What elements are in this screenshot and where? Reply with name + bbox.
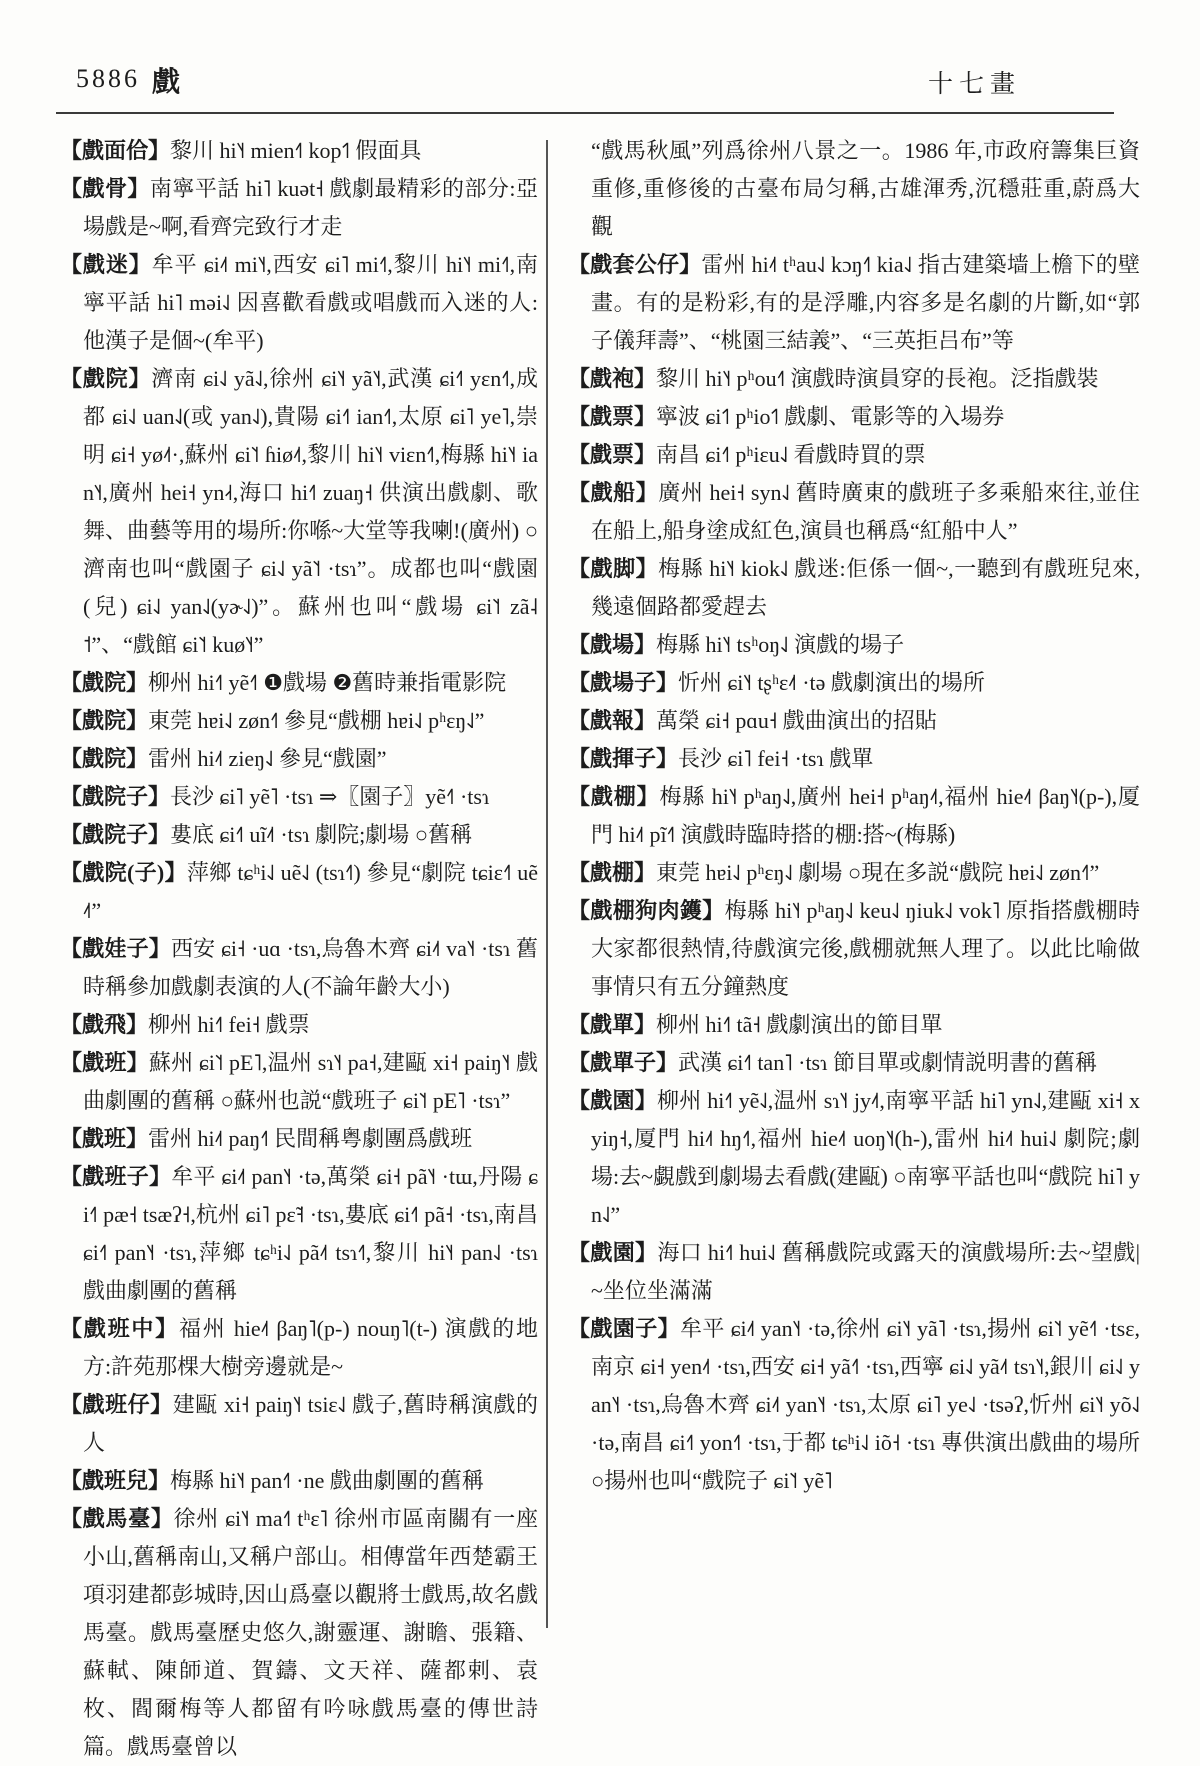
entry-body: 柳州 hi˧˥ yẽ˨˩,温州 sɿ˥˧ jy˨˦,南寧平話 hi˥ yn˨˩,… — [591, 1088, 1140, 1227]
entry-body: 牟平 ɕi˨˦ mi˥˧,西安 ɕi˥ mi˧˥,黎川 hi˥˧ mi˧˥,南寧… — [83, 252, 538, 353]
entry-body: 梅縣 hi˥˧ pʰaŋ˨˩,廣州 hei˧ pʰaŋ˨˦,福州 hie˨˦ β… — [591, 784, 1140, 847]
dictionary-entry: 【戲馬臺】徐州 ɕi˥˧ ma˧˥ tʰɛ˥ 徐州市區南關有一座小山,舊稱南山,… — [60, 1500, 538, 1766]
dictionary-entry: 【戲班兒】梅縣 hi˥˧ pan˧˥ ·ne 戲曲劇團的舊稱 — [60, 1462, 538, 1500]
dictionary-entry: 【戲院】東莞 hɐi˨˩ zøn˧˥ 參見“戲棚 hɐi˨˩ pʰɛŋ˨˩” — [60, 702, 538, 740]
entry-headword: 【戲班】 — [60, 1050, 149, 1075]
dictionary-entry: 【戲棚】梅縣 hi˥˧ pʰaŋ˨˩,廣州 hei˧ pʰaŋ˨˦,福州 hie… — [568, 778, 1140, 854]
entry-headword: 【戲套公仔】 — [568, 252, 701, 277]
entry-headword: 【戲骨】 — [60, 176, 150, 201]
entry-headword: 【戲場子】 — [568, 670, 678, 695]
entry-headword: 【戲棚】 — [568, 784, 660, 809]
entry-headword: 【戲院】 — [60, 366, 151, 391]
dictionary-entry: 【戲班仔】建甌 xi˧ paiŋ˥˧ tsiɛ˨˩ 戲子,舊時稱演戲的人 — [60, 1386, 538, 1462]
entry-headword: 【戲娃子】 — [60, 936, 171, 961]
dictionary-entry: 【戲套公仔】雷州 hi˨˦ tʰau˨˩ kɔŋ˧˥ kia˨˩ 指古建築墙上檐… — [568, 246, 1140, 360]
dictionary-entry: 【戲園】柳州 hi˧˥ yẽ˨˩,温州 sɿ˥˧ jy˨˦,南寧平話 hi˥ y… — [568, 1082, 1140, 1234]
entry-headword: 【戲班兒】 — [60, 1468, 170, 1493]
entry-body: 梅縣 hi˥˧ kiok˨˩ 戲迷:佢係一個~,一聽到有戲班兒來,幾遠個路都愛趕… — [591, 556, 1140, 619]
dictionary-entry: 【戲院子】長沙 ɕi˥ yẽ˥ ·tsɿ ⇒〖園子〗yẽ˧˥ ·tsɿ — [60, 778, 538, 816]
dictionary-entry: 【戲骨】南寧平話 hi˥ kuət˧ 戲劇最精彩的部分:亞場戲是~啊,看齊完致行… — [60, 170, 538, 246]
dictionary-entry: 【戲船】廣州 hei˧ syn˨˩ 舊時廣東的戲班子多乘船來往,並住在船上,船身… — [568, 474, 1140, 550]
dictionary-entry: 【戲票】寧波 ɕi˦˥ pʰio˦˥ 戲劇、電影等的入場券 — [568, 398, 1140, 436]
dictionary-entry: 【戲班子】牟平 ɕi˨˦ pan˥˧ ·tə,萬榮 ɕi˧ pã˥˧ ·tɯ,丹… — [60, 1158, 538, 1310]
dictionary-entry: 【戲院(子)】萍鄉 tɕʰi˨˩ uẽ˨˩ (tsɿ˧˥) 參見“劇院 tɕiɛ… — [60, 854, 538, 930]
entry-body: 濟南 ɕi˨˩ yã˨˩,徐州 ɕi˥˧ yã˥˧,武漢 ɕi˧˥ yɛn˧˥,… — [83, 366, 538, 657]
entry-body: 海口 hi˧˥ hui˨˩ 舊稱戲院或露天的演戲場所:去~望戲|~坐位坐滿滿 — [591, 1240, 1140, 1303]
entry-headword: 【戲票】 — [568, 404, 656, 429]
entry-headword: 【戲報】 — [568, 708, 656, 733]
dictionary-entry: 【戲票】南昌 ɕi˧˥ pʰiɛu˨˩ 看戲時買的票 — [568, 436, 1140, 474]
entry-body: 東莞 hɐi˨˩ zøn˧˥ 參見“戲棚 hɐi˨˩ pʰɛŋ˨˩” — [148, 708, 484, 733]
entry-body: 蘇州 ɕi˥˦ pE˥,温州 sɿ˥˧ pa˧,建甌 xi˧ paiŋ˥˧ 戲曲… — [83, 1050, 538, 1113]
dictionary-entry: 【戲院】濟南 ɕi˨˩ yã˨˩,徐州 ɕi˥˧ yã˥˧,武漢 ɕi˧˥ yɛ… — [60, 360, 538, 664]
entry-headword: 【戲院子】 — [60, 784, 170, 809]
dictionary-page: 5886 戲 十七畫 【戲面佮】黎川 hi˥˧ mien˧˥ kop˦˥ 假面具… — [0, 0, 1200, 1724]
entry-headword: 【戲班仔】 — [60, 1392, 173, 1417]
dictionary-entry: 【戲院】柳州 hi˧˥ yẽ˧˥ ❶戲場 ❷舊時兼指電影院 — [60, 664, 538, 702]
entry-headword: 【戲班】 — [60, 1126, 148, 1151]
dictionary-entry: 【戲園】海口 hi˧˥ hui˨˩ 舊稱戲院或露天的演戲場所:去~望戲|~坐位坐… — [568, 1234, 1140, 1310]
entry-headword: 【戲單】 — [568, 1012, 656, 1037]
dictionary-entry: 【戲棚狗肉鑊】梅縣 hi˥˧ pʰaŋ˨˩ keu˨˩ ŋiuk˨˩ vok˥ … — [568, 892, 1140, 1006]
dictionary-entry: 【戲娃子】西安 ɕi˧ ·uɑ ·tsɿ,烏魯木齊 ɕi˨˦ va˥˧ ·tsɿ… — [60, 930, 538, 1006]
dictionary-entry: 【戲迷】牟平 ɕi˨˦ mi˥˧,西安 ɕi˥ mi˧˥,黎川 hi˥˧ mi˧… — [60, 246, 538, 360]
stroke-count-label: 十七畫 — [928, 64, 1021, 100]
entry-headword: 【戲棚狗肉鑊】 — [568, 898, 725, 923]
entry-body: 南昌 ɕi˧˥ pʰiɛu˨˩ 看戲時買的票 — [656, 442, 926, 467]
entry-headword: 【戲院】 — [60, 746, 148, 771]
dictionary-entry: 【戲院子】婁底 ɕi˧˥ uĩ˨˦ ·tsɿ 劇院;劇場 ○舊稱 — [60, 816, 538, 854]
entry-body: 南寧平話 hi˥ kuət˧ 戲劇最精彩的部分:亞場戲是~啊,看齊完致行才走 — [83, 176, 538, 239]
dictionary-entry: 【戲院】雷州 hi˨˦ zieŋ˨˩ 參見“戲園” — [60, 740, 538, 778]
entry-body: 徐州 ɕi˥˧ ma˧˥ tʰɛ˥ 徐州市區南關有一座小山,舊稱南山,又稱户部山… — [83, 1506, 538, 1759]
entry-body: 黎川 hi˥˧ mien˧˥ kop˦˥ 假面具 — [170, 138, 421, 163]
dictionary-entry: 【戲報】萬榮 ɕi˧ pɑu˧ 戲曲演出的招貼 — [568, 702, 1140, 740]
entry-body: 柳州 hi˧˥ fei˧ 戲票 — [148, 1012, 310, 1037]
section-headword: 戲 — [152, 60, 180, 100]
entry-headword: 【戲袍】 — [568, 366, 656, 391]
entry-body: 東莞 hɐi˨˩ pʰɛŋ˨˩ 劇場 ○現在多説“戲院 hɐi˨˩ zøn˧˥” — [656, 860, 1099, 885]
entry-headword: 【戲棚】 — [568, 860, 656, 885]
left-column: 【戲面佮】黎川 hi˥˧ mien˧˥ kop˦˥ 假面具【戲骨】南寧平話 hi… — [60, 132, 538, 1766]
entry-body: 雷州 hi˨˦ zieŋ˨˩ 參見“戲園” — [148, 746, 387, 771]
dictionary-entry: 【戲面佮】黎川 hi˥˧ mien˧˥ kop˦˥ 假面具 — [60, 132, 538, 170]
entry-headword: 【戲院(子)】 — [60, 860, 187, 885]
entry-headword: 【戲院】 — [60, 708, 148, 733]
right-column: “戲馬秋風”列爲徐州八景之一。1986 年,市政府籌集巨資重修,重修後的古臺布局… — [568, 132, 1140, 1500]
entry-body: 長沙 ɕi˥ yẽ˥ ·tsɿ ⇒〖園子〗yẽ˧˥ ·tsɿ — [170, 784, 489, 809]
entry-continuation: “戲馬秋風”列爲徐州八景之一。1986 年,市政府籌集巨資重修,重修後的古臺布局… — [568, 132, 1140, 246]
entry-body: 牟平 ɕi˨˦ yan˥˧ ·tə,徐州 ɕi˥˧ yã˥ ·tsɿ,揚州 ɕi… — [591, 1316, 1140, 1493]
dictionary-entry: 【戲園子】牟平 ɕi˨˦ yan˥˧ ·tə,徐州 ɕi˥˧ yã˥ ·tsɿ,… — [568, 1310, 1140, 1500]
page-number: 5886 — [76, 64, 140, 94]
entry-headword: 【戲院子】 — [60, 822, 170, 847]
dictionary-entry: 【戲棚】東莞 hɐi˨˩ pʰɛŋ˨˩ 劇場 ○現在多説“戲院 hɐi˨˩ zø… — [568, 854, 1140, 892]
entry-headword: 【戲園】 — [568, 1240, 657, 1265]
dictionary-entry: 【戲班】蘇州 ɕi˥˦ pE˥,温州 sɿ˥˧ pa˧,建甌 xi˧ paiŋ˥… — [60, 1044, 538, 1120]
entry-headword: 【戲園】 — [568, 1088, 657, 1113]
dictionary-entry: 【戲單子】武漢 ɕi˧˥ tan˥ ·tsɿ 節目單或劇情説明書的舊稱 — [568, 1044, 1140, 1082]
entry-body: 武漢 ɕi˧˥ tan˥ ·tsɿ 節目單或劇情説明書的舊稱 — [678, 1050, 1097, 1075]
dictionary-entry: 【戲場子】忻州 ɕi˥˧ tʂʰɛ˨˦ ·tə 戲劇演出的場所 — [568, 664, 1140, 702]
entry-headword: 【戲脚】 — [568, 556, 658, 581]
entry-body: 忻州 ɕi˥˧ tʂʰɛ˨˦ ·tə 戲劇演出的場所 — [678, 670, 985, 695]
entry-headword: 【戲班子】 — [60, 1164, 171, 1189]
entry-body: 柳州 hi˧˥ tã˧ 戲劇演出的節目單 — [656, 1012, 942, 1037]
entry-body: 梅縣 hi˥˧ tsʰoŋ˨˩ 演戲的場子 — [656, 632, 904, 657]
entry-body: 雷州 hi˨˦ paŋ˧˥ 民間稱粤劇團爲戲班 — [148, 1126, 472, 1151]
entry-body: 寧波 ɕi˦˥ pʰio˦˥ 戲劇、電影等的入場券 — [656, 404, 1004, 429]
entry-headword: 【戲面佮】 — [60, 138, 170, 163]
entry-body: 黎川 hi˥˧ pʰou˧˥ 演戲時演員穿的長袍。泛指戲裝 — [656, 366, 1099, 391]
entry-body: 長沙 ɕi˥ fei˧ ·tsɿ 戲單 — [678, 746, 873, 771]
dictionary-entry: 【戲飛】柳州 hi˧˥ fei˧ 戲票 — [60, 1006, 538, 1044]
dictionary-entry: 【戲班中】福州 hie˨˦ βaŋ˥(p-) nouŋ˥(t-) 演戲的地方:許… — [60, 1310, 538, 1386]
dictionary-entry: 【戲班】雷州 hi˨˦ paŋ˧˥ 民間稱粤劇團爲戲班 — [60, 1120, 538, 1158]
header-rule — [56, 112, 1114, 114]
entry-headword: 【戲飛】 — [60, 1012, 148, 1037]
dictionary-entry: 【戲場】梅縣 hi˥˧ tsʰoŋ˨˩ 演戲的場子 — [568, 626, 1140, 664]
entry-headword: 【戲園子】 — [568, 1316, 680, 1341]
entry-body: 婁底 ɕi˧˥ uĩ˨˦ ·tsɿ 劇院;劇場 ○舊稱 — [170, 822, 472, 847]
entry-headword: 【戲班中】 — [60, 1316, 179, 1341]
dictionary-entry: 【戲單】柳州 hi˧˥ tã˧ 戲劇演出的節目單 — [568, 1006, 1140, 1044]
entry-headword: 【戲院】 — [60, 670, 148, 695]
entry-body: 柳州 hi˧˥ yẽ˧˥ ❶戲場 ❷舊時兼指電影院 — [148, 670, 506, 695]
entry-headword: 【戲馬臺】 — [60, 1506, 174, 1531]
column-divider — [546, 140, 548, 1628]
dictionary-entry: 【戲脚】梅縣 hi˥˧ kiok˨˩ 戲迷:佢係一個~,一聽到有戲班兒來,幾遠個… — [568, 550, 1140, 626]
entry-headword: 【戲單子】 — [568, 1050, 678, 1075]
entry-headword: 【戲船】 — [568, 480, 658, 505]
entry-body: 梅縣 hi˥˧ pan˧˥ ·ne 戲曲劇團的舊稱 — [170, 1468, 484, 1493]
entry-headword: 【戲票】 — [568, 442, 656, 467]
entry-headword: 【戲迷】 — [60, 252, 152, 277]
entry-headword: 【戲場】 — [568, 632, 656, 657]
dictionary-entry: 【戲袍】黎川 hi˥˧ pʰou˧˥ 演戲時演員穿的長袍。泛指戲裝 — [568, 360, 1140, 398]
entry-body: 萬榮 ɕi˧ pɑu˧ 戲曲演出的招貼 — [656, 708, 937, 733]
entry-body: 廣州 hei˧ syn˨˩ 舊時廣東的戲班子多乘船來往,並住在船上,船身塗成紅色… — [591, 480, 1140, 543]
dictionary-entry: 【戲揮子】長沙 ɕi˥ fei˧ ·tsɿ 戲單 — [568, 740, 1140, 778]
entry-headword: 【戲揮子】 — [568, 746, 678, 771]
